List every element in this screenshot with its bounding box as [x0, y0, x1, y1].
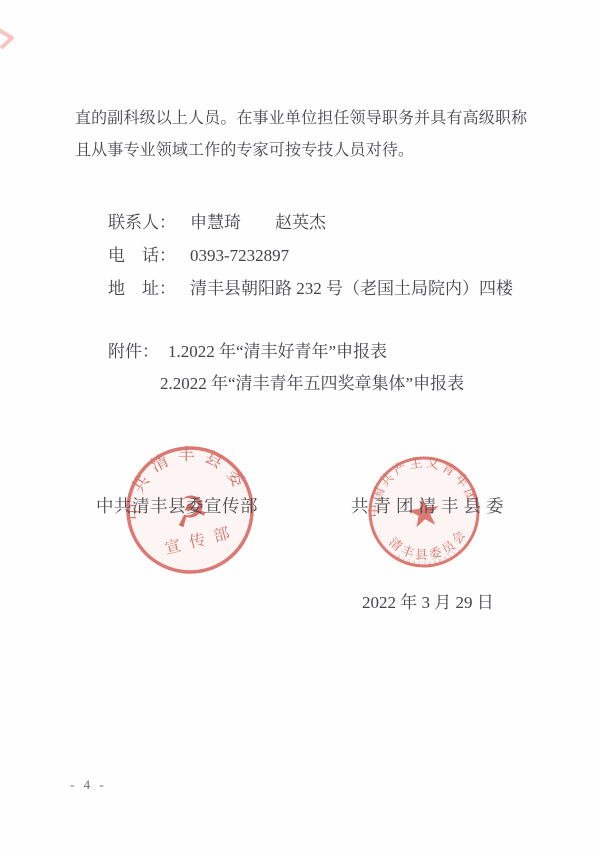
- contact-row-phone: 电 话：0393-7232897: [108, 241, 289, 266]
- contact-row-person: 联系人：申慧琦 赵英杰: [108, 208, 326, 233]
- scan-artifact-icon: [0, 27, 19, 51]
- page-number: - 4 -: [70, 777, 107, 793]
- attachments-row-2: 2.2022 年“清丰青年五四奖章集体”申报表: [160, 369, 464, 394]
- contact-value: 0393-7232897: [190, 246, 289, 265]
- seal-bottom-arc-text: 清丰县委员会: [385, 524, 473, 568]
- contact-value: 申慧琦 赵英杰: [190, 213, 326, 232]
- scanned-document-page: 直的副科级以上人员。在事业单位担任领导职务并具有高级职称 且从事专业领域工作的专…: [0, 0, 600, 856]
- attachments-label: 附件：: [108, 342, 159, 361]
- contact-row-address: 地 址：清丰县朝阳路 232 号（老国土局院内）四楼: [108, 274, 513, 299]
- seal-serial-number: 4109230089211: [395, 546, 465, 572]
- contact-label: 电 话：: [108, 246, 176, 265]
- body-text-line-2: 且从事专业领域工作的专家可按专技人员对待。: [75, 141, 531, 161]
- attachments-row-1: 附件：1.2022 年“清丰好青年”申报表: [108, 337, 387, 362]
- signature-issuer-right: 共青团清丰县委: [351, 493, 509, 518]
- body-text-line-1: 直的副科级以上人员。在事业单位担任领导职务并具有高级职称: [75, 109, 531, 129]
- contact-label: 联系人：: [108, 213, 176, 232]
- attachment-item: 2.2022 年“清丰青年五四奖章集体”申报表: [160, 374, 464, 393]
- attachment-item: 1.2022 年“清丰好青年”申报表: [168, 342, 387, 361]
- contact-value: 清丰县朝阳路 232 号（老国土局院内）四楼: [190, 279, 513, 298]
- contact-label: 地 址：: [108, 279, 176, 298]
- signature-issuer-left: 中共清丰县委宣传部: [96, 493, 258, 518]
- document-date: 2022 年 3 月 29 日: [362, 588, 494, 613]
- seal-bottom-text: 宣传部: [163, 522, 240, 558]
